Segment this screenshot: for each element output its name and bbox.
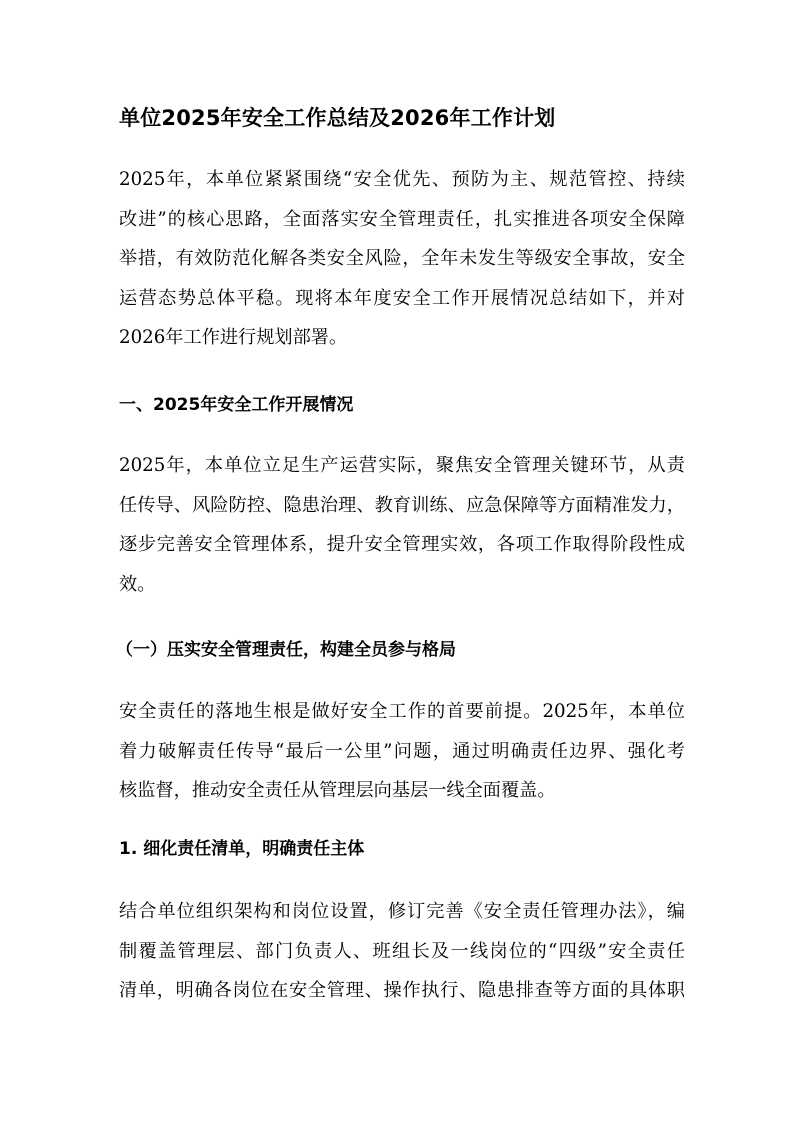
- item-heading-1: 1. 细化责任清单，明确责任主体: [119, 834, 685, 864]
- section-1-paragraph: 2025年，本单位立足生产运营实际，聚焦安全管理关键环节，从责 任传导、风险防控…: [119, 446, 685, 604]
- paragraph-line: 2025年，本单位紧紧围绕“安全优先、预防为主、规范管控、持续: [119, 160, 685, 200]
- paragraph-line: 效。: [119, 565, 685, 605]
- paragraph-line: 制覆盖管理层、部门负责人、班组长及一线岗位的“四级”安全责任: [119, 932, 685, 972]
- paragraph-line: 运营态势总体平稳。现将本年度安全工作开展情况总结如下，并对: [119, 279, 685, 319]
- paragraph-line: 核监督，推动安全责任从管理层向基层一线全面覆盖。: [119, 771, 685, 811]
- subsection-1-paragraph: 安全责任的落地生根是做好安全工作的首要前提。2025年，本单位 着力破解责任传导…: [119, 692, 685, 811]
- paragraph-line: 2025年，本单位立足生产运营实际，聚焦安全管理关键环节，从责: [119, 446, 685, 486]
- paragraph-line: 着力破解责任传导“最后一公里”问题，通过明确责任边界、强化考: [119, 732, 685, 772]
- paragraph-line: 结合单位组织架构和岗位设置，修订完善《安全责任管理办法》，编: [119, 892, 685, 932]
- intro-paragraph: 2025年，本单位紧紧围绕“安全优先、预防为主、规范管控、持续 改进”的核心思路…: [119, 160, 685, 358]
- section-heading-1: 一、2025年安全工作开展情况: [119, 390, 685, 420]
- paragraph-line: 清单，明确各岗位在安全管理、操作执行、隐患排查等方面的具体职: [119, 971, 685, 1011]
- paragraph-line: 改进”的核心思路，全面落实安全管理责任，扎实推进各项安全保障: [119, 200, 685, 240]
- paragraph-line: 2026年工作进行规划部署。: [119, 318, 685, 358]
- paragraph-line: 逐步完善安全管理体系，提升安全管理实效，各项工作取得阶段性成: [119, 525, 685, 565]
- paragraph-line: 任传导、风险防控、隐患治理、教育训练、应急保障等方面精准发力，: [119, 486, 685, 526]
- item-1-paragraph: 结合单位组织架构和岗位设置，修订完善《安全责任管理办法》，编 制覆盖管理层、部门…: [119, 892, 685, 1011]
- document-page: 单位2025年安全工作总结及2026年工作计划 2025年，本单位紧紧围绕“安全…: [0, 0, 793, 1122]
- subsection-heading-1: （一）压实安全管理责任，构建全员参与格局: [116, 635, 682, 665]
- paragraph-line: 举措，有效防范化解各类安全风险，全年未发生等级安全事故，安全: [119, 239, 685, 279]
- document-title: 单位2025年安全工作总结及2026年工作计划: [119, 100, 689, 136]
- paragraph-line: 安全责任的落地生根是做好安全工作的首要前提。2025年，本单位: [119, 692, 685, 732]
